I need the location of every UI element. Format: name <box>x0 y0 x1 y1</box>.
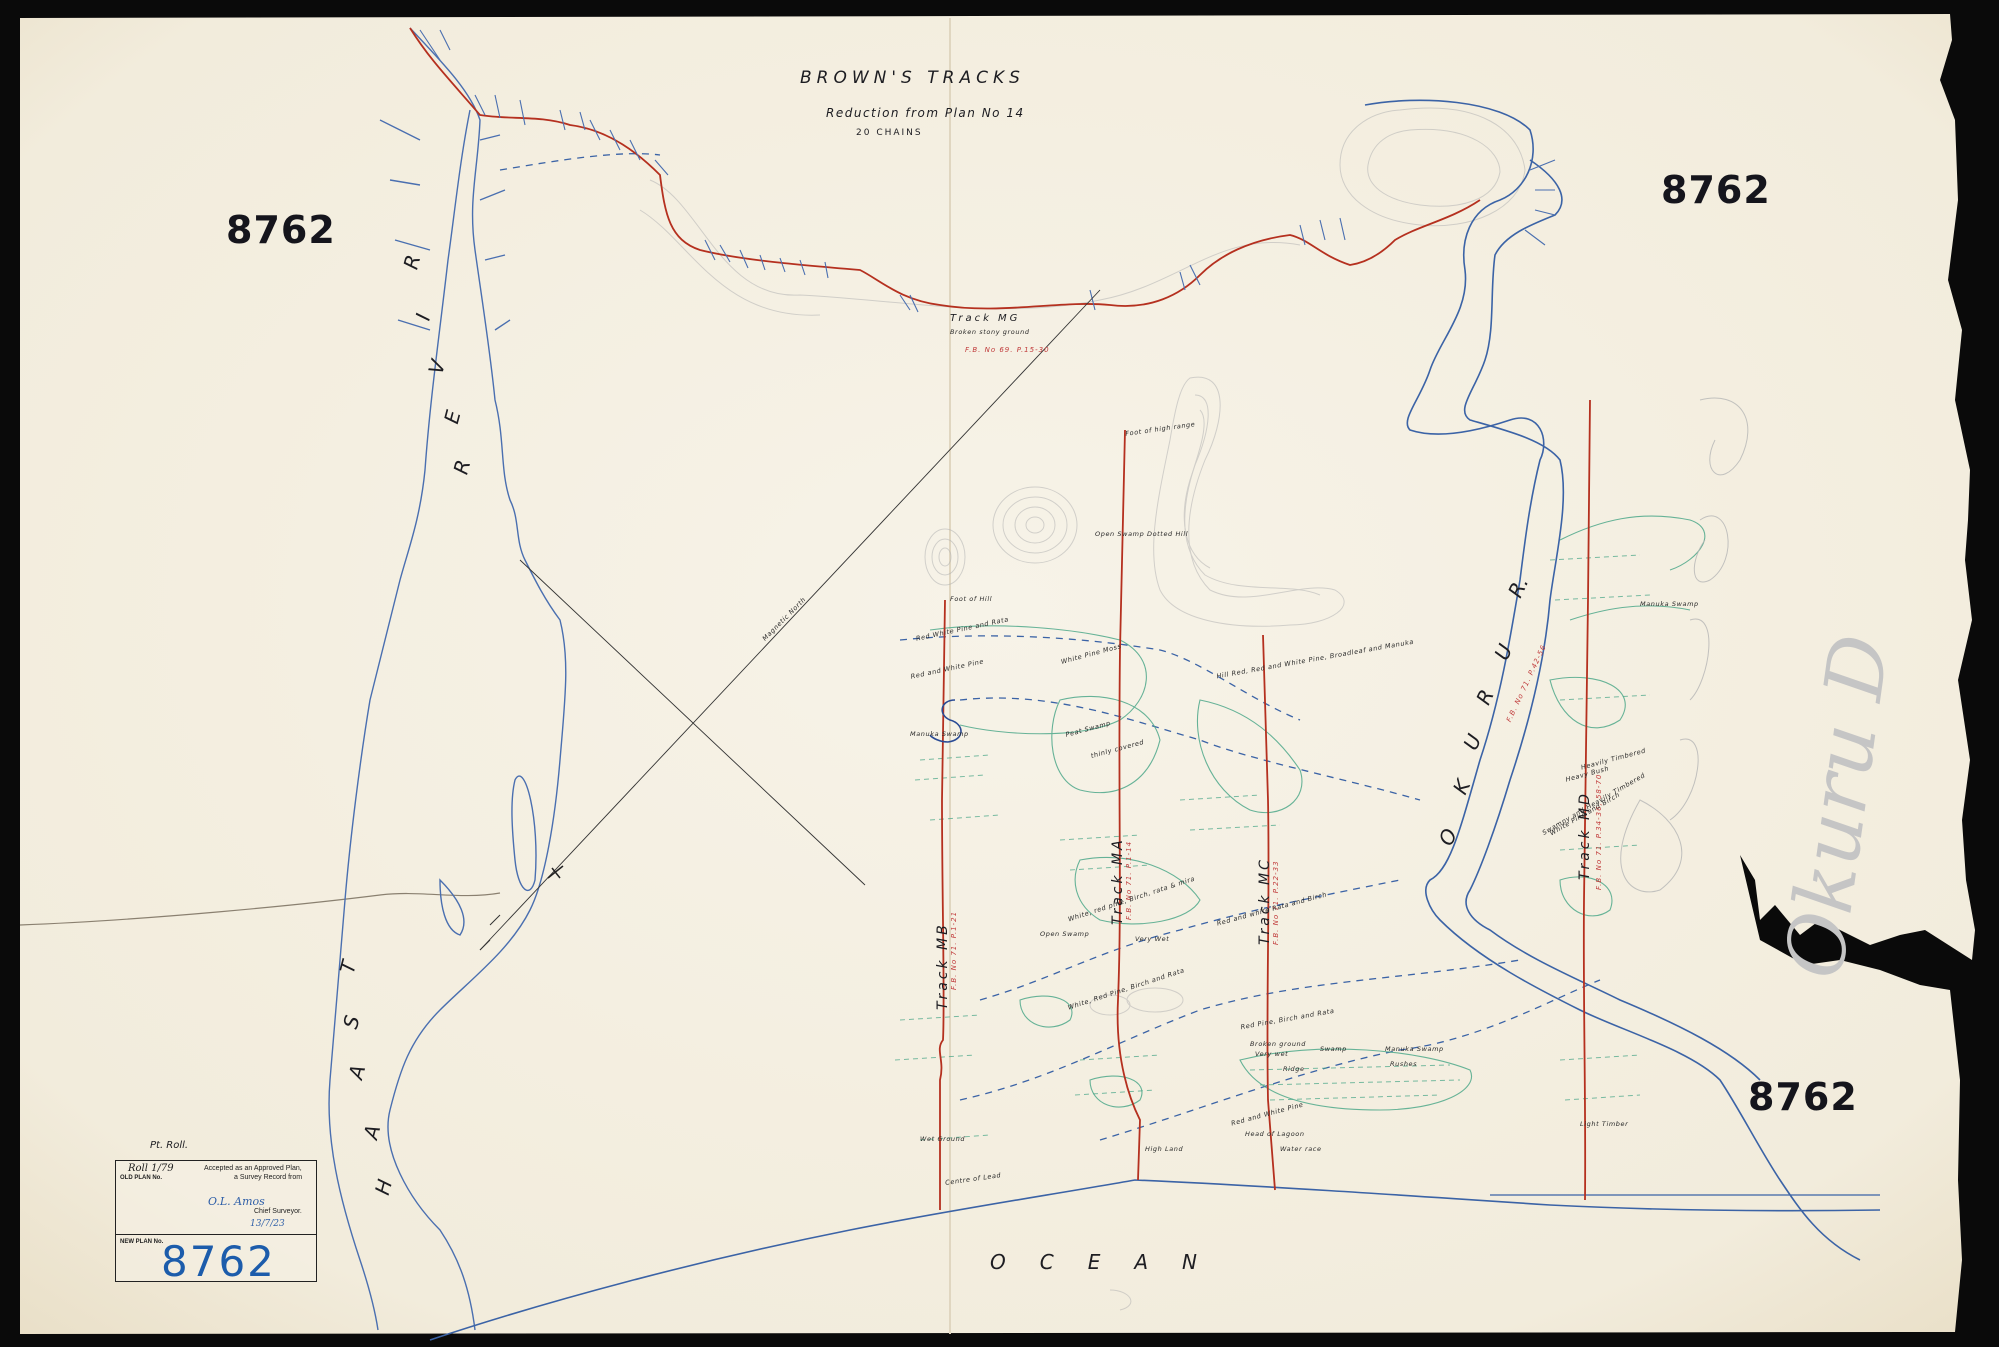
map-note: Broken ground <box>1250 1040 1306 1048</box>
map-note: Water race <box>1280 1145 1322 1153</box>
track-mc-label: Track MC <box>1257 857 1273 945</box>
map-note: Manuka Swamp <box>1640 600 1699 608</box>
map-note: Manuka Swamp <box>1385 1045 1444 1053</box>
plan-number-left: 8762 <box>226 208 336 252</box>
map-note: Ridge <box>1283 1065 1305 1073</box>
pt-roll-note: Pt. Roll. <box>150 1140 188 1151</box>
map-note: Foot of Hill <box>950 595 992 603</box>
approval-date: 13/7/23 <box>250 1219 285 1229</box>
plan-number-right-top: 8762 <box>1661 168 1771 212</box>
plan-number-right-bottom: 8762 <box>1748 1075 1858 1119</box>
track-mg-fieldbook: F.B. No 69. P.15-30 <box>965 346 1050 354</box>
old-plan-value: Roll 1/79 <box>128 1163 174 1174</box>
stamp-upper-section: Roll 1/79 OLD PLAN No. Accepted as an Ap… <box>116 1161 316 1235</box>
map-scale: 20 CHAINS <box>856 128 923 138</box>
accepted-line-2: a Survey Record from <box>234 1174 302 1181</box>
map-note: Very wet <box>1255 1050 1288 1058</box>
map-note: Light Timber <box>1580 1120 1628 1128</box>
track-mb-label: Track MB <box>935 922 951 1010</box>
track-ma-fieldbook: F.B. No 71. P.1-14 <box>1125 841 1133 920</box>
map-note: Open Swamp Dotted Hill <box>1095 530 1188 538</box>
track-mb-fieldbook: F.B. No 71. P.1-21 <box>950 911 958 990</box>
accepted-line-1: Accepted as an Approved Plan, <box>204 1165 302 1172</box>
map-note: Rushes <box>1390 1060 1417 1068</box>
map-title: BROWN'S TRACKS <box>800 68 1025 88</box>
survey-map-sheet: BROWN'S TRACKS Reduction from Plan No 14… <box>0 0 1999 1347</box>
track-mg-note: Broken stony ground <box>950 328 1030 336</box>
ocean-label: OCEAN <box>990 1250 1231 1274</box>
map-note: Head of Lagoon <box>1245 1130 1305 1138</box>
map-note: Wet Ground <box>920 1135 965 1143</box>
new-plan-number: 8762 <box>161 1237 276 1286</box>
map-note: Swamp <box>1320 1045 1347 1053</box>
approval-stamp: Roll 1/79 OLD PLAN No. Accepted as an Ap… <box>115 1160 317 1282</box>
old-plan-label: OLD PLAN No. <box>120 1175 162 1181</box>
track-ma-label: Track MA <box>1110 837 1126 925</box>
new-plan-label: NEW PLAN No. <box>120 1239 163 1245</box>
map-note: Very Wet <box>1135 935 1169 943</box>
track-md-fieldbook: F.B. No 71. P.34-36, 58-70 <box>1595 774 1603 890</box>
map-note: High Land <box>1145 1145 1183 1153</box>
map-note: Open Swamp <box>1040 930 1089 938</box>
map-note: Manuka Swamp <box>910 730 969 738</box>
chief-surveyor-title: Chief Surveyor. <box>254 1208 302 1215</box>
map-subtitle: Reduction from Plan No 14 <box>826 106 1025 120</box>
chief-surveyor-signature: O.L. Amos <box>208 1195 265 1208</box>
track-mg-label: Track MG <box>950 313 1020 324</box>
